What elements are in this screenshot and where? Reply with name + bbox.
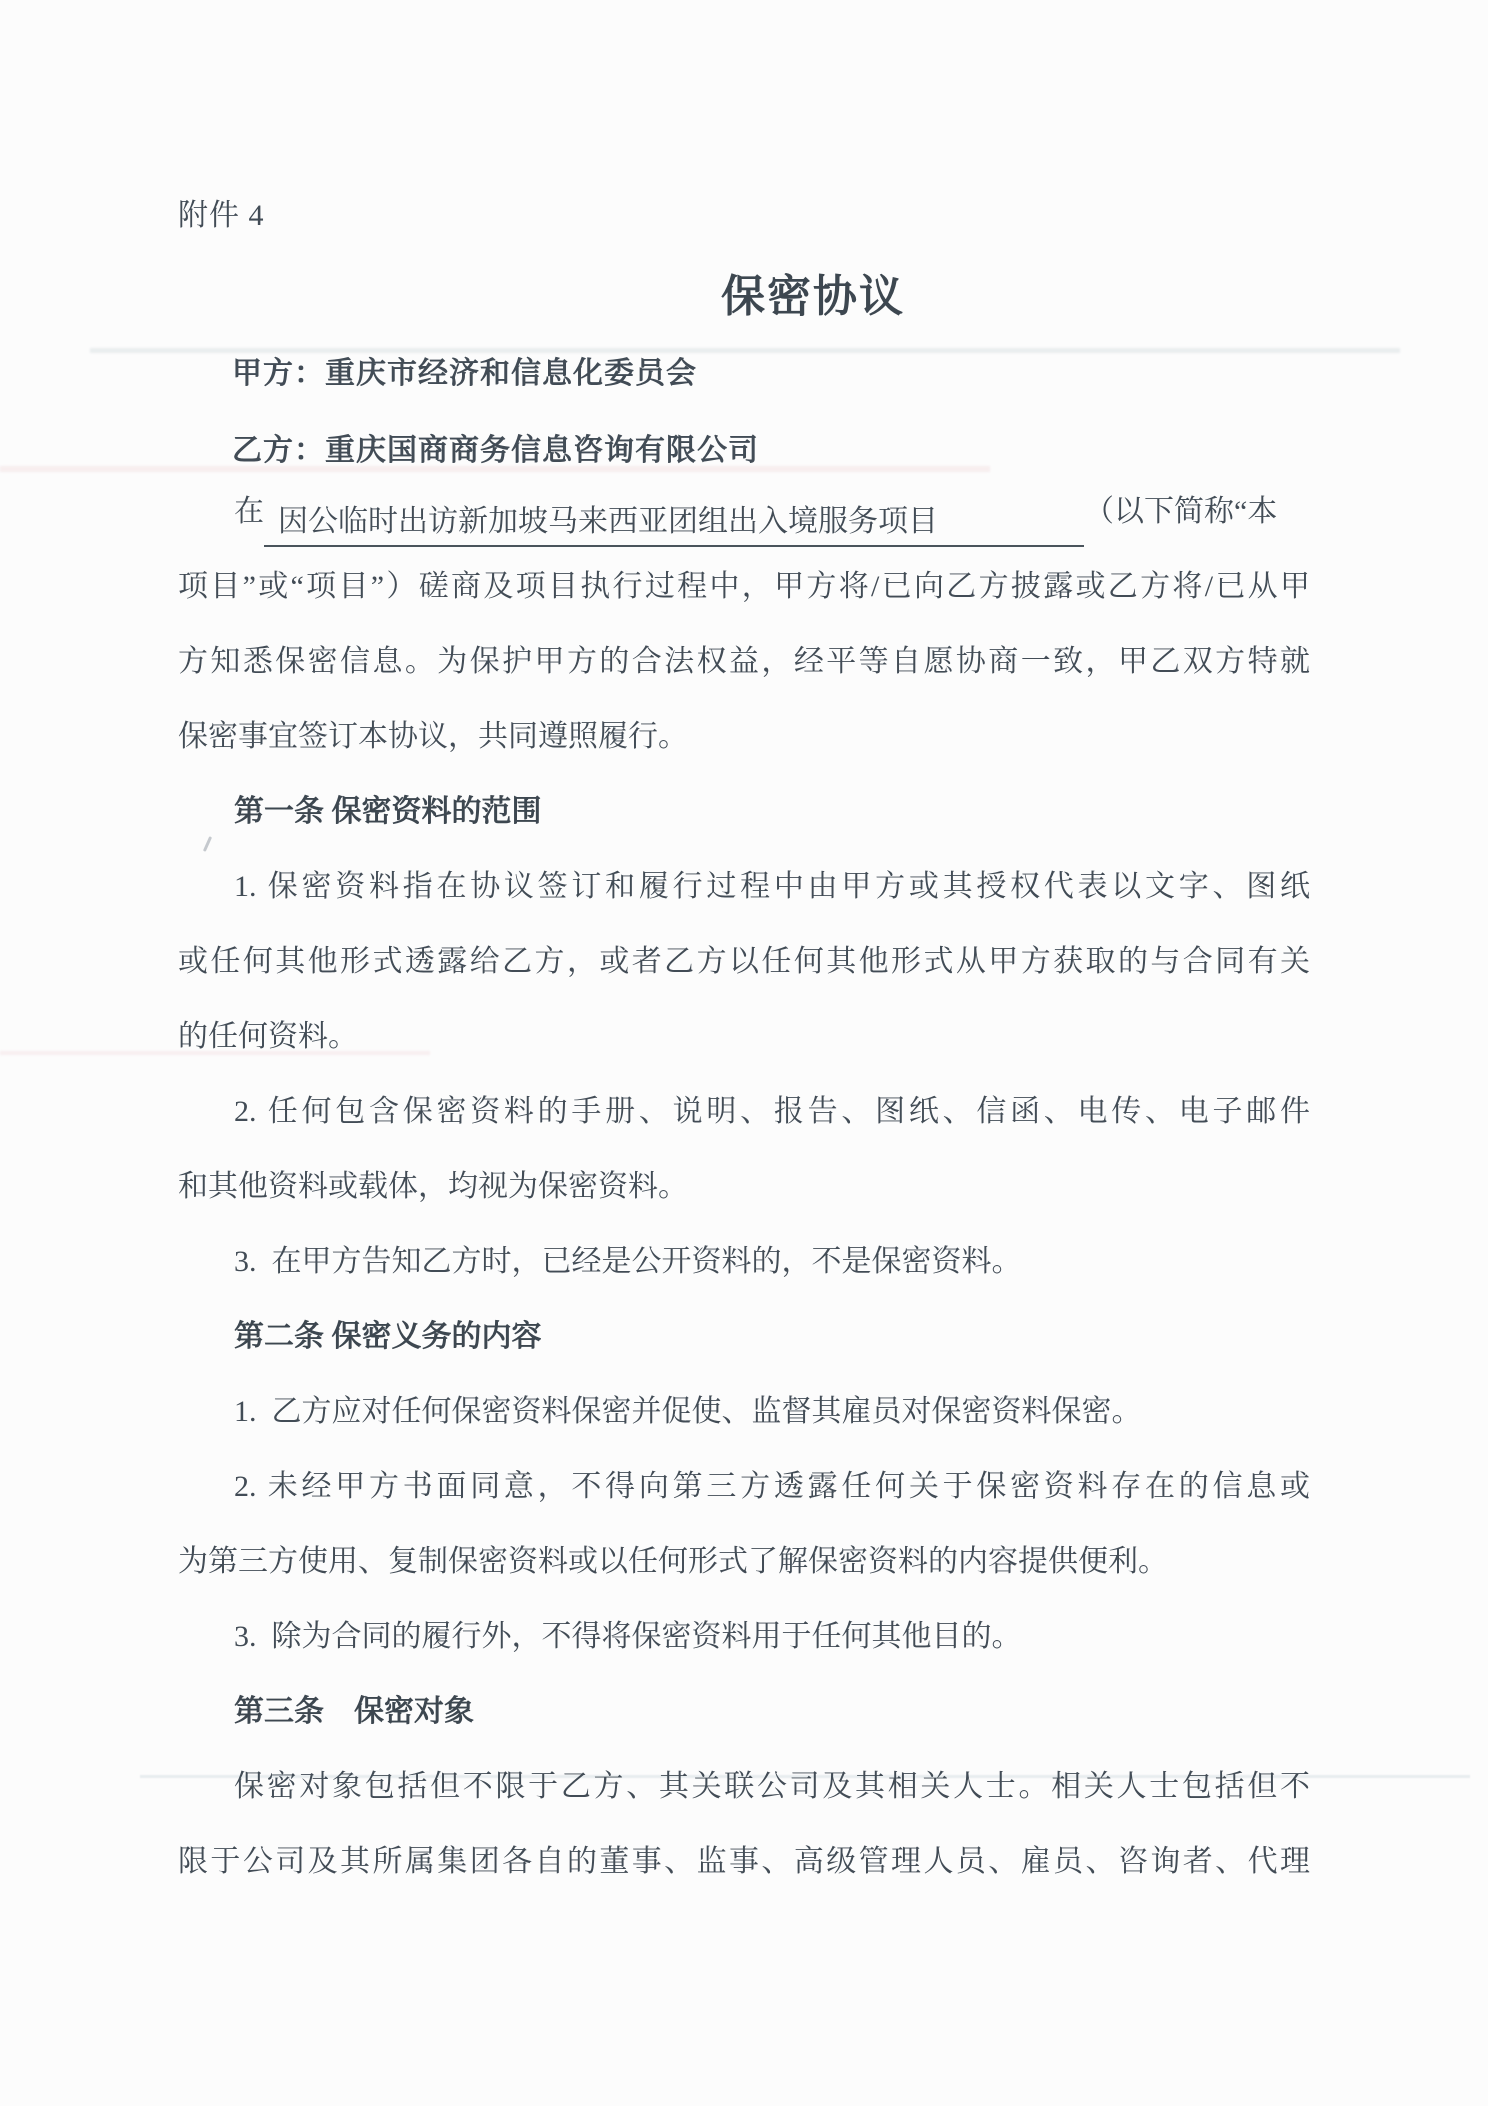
preamble-line-2: 项目”或“项目”）磋商及项目执行过程中，甲方将/已向乙方披露或乙方将/已从甲 [178, 549, 1310, 624]
section1-item1-line3: 的任何资料。 [178, 999, 1310, 1074]
preamble-line-4: 保密事宜签订本协议，共同遵照履行。 [178, 699, 1310, 774]
preamble-line-3: 方知悉保密信息。为保护甲方的合法权益，经平等自愿协商一致，甲乙双方特就 [178, 624, 1310, 699]
section2-heading: 第二条 保密义务的内容 [178, 1299, 1310, 1374]
section1-heading: 第一条 保密资料的范围 [178, 774, 1310, 849]
section3-para-line1: 保密对象包括但不限于乙方、其关联公司及其相关人士。相关人士包括但不 [178, 1749, 1310, 1824]
document-page: 附件 4 保密协议 甲方：重庆市经济和信息化委员会 乙方：重庆国商商务信息咨询有… [0, 0, 1488, 2106]
document-body: 在因公临时出访新加坡马来西亚团组出入境服务项目（以下简称“本 项目”或“项目”）… [178, 474, 1310, 1899]
party-b-line: 乙方：重庆国商商务信息咨询有限公司 [232, 425, 759, 469]
section1-item1-line1: 1. 保密资料指在协议签订和履行过程中由甲方或其授权代表以文字、图纸 [178, 849, 1310, 924]
project-name-blank: 因公临时出访新加坡马来西亚团组出入境服务项目 [264, 499, 1084, 547]
section1-item2-line2: 和其他资料或载体，均视为保密资料。 [178, 1149, 1310, 1224]
preamble-suffix: （以下简称“本 [1084, 495, 1277, 528]
preamble-line-1: 在因公临时出访新加坡马来西亚团组出入境服务项目（以下简称“本 [178, 474, 1310, 549]
section1-item3: 3. 在甲方告知乙方时，已经是公开资料的，不是保密资料。 [178, 1224, 1310, 1299]
section3-heading: 第三条 保密对象 [178, 1674, 1310, 1749]
section1-item2-line1: 2. 任何包含保密资料的手册、说明、报告、图纸、信函、电传、电子邮件 [178, 1074, 1310, 1149]
attachment-label: 附件 4 [178, 190, 265, 234]
party-a-line: 甲方：重庆市经济和信息化委员会 [232, 348, 697, 392]
section1-item1-line2: 或任何其他形式透露给乙方，或者乙方以任何其他形式从甲方获取的与合同有关 [178, 924, 1310, 999]
section3-para-line2: 限于公司及其所属集团各自的董事、监事、高级管理人员、雇员、咨询者、代理 [178, 1824, 1310, 1899]
section2-item3: 3. 除为合同的履行外，不得将保密资料用于任何其他目的。 [178, 1599, 1310, 1674]
section2-item2-line2: 为第三方使用、复制保密资料或以任何形式了解保密资料的内容提供便利。 [178, 1524, 1310, 1599]
section2-item2-line1: 2. 未经甲方书面同意，不得向第三方透露任何关于保密资料存在的信息或 [178, 1449, 1310, 1524]
preamble-prefix: 在 [234, 495, 264, 528]
document-title: 保密协议 [721, 260, 905, 324]
section2-item1: 1. 乙方应对任何保密资料保密并促使、监督其雇员对保密资料保密。 [178, 1374, 1310, 1449]
